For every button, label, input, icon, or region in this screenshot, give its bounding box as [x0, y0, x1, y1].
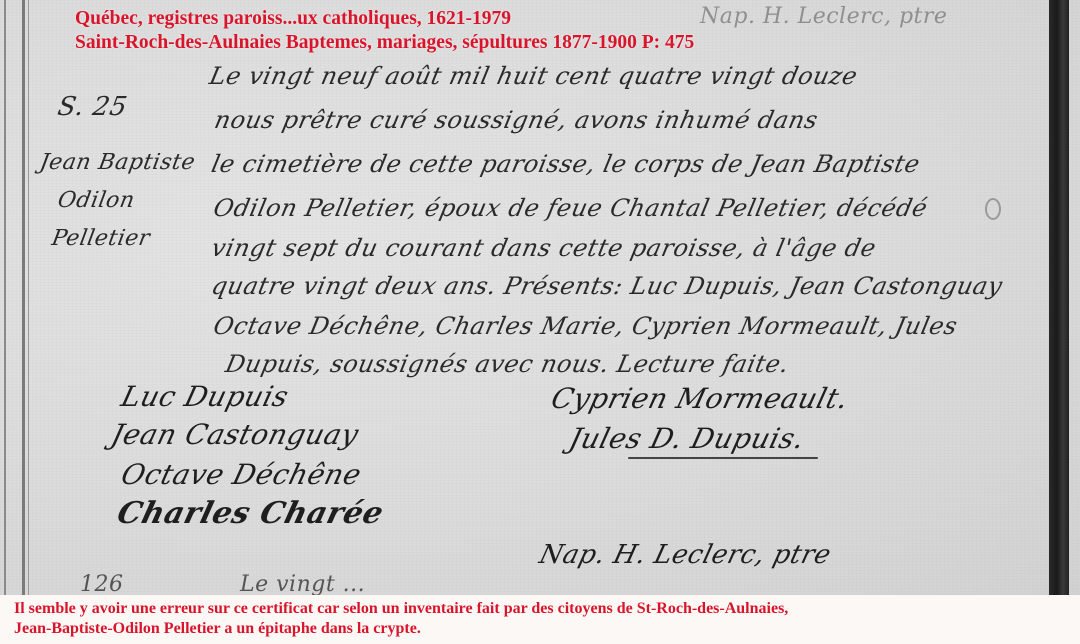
- next-entry-number: 126: [80, 572, 124, 595]
- register-page-scan: Nap. H. Leclerc, ptre S. 25 Jean Baptist…: [0, 0, 1080, 595]
- margin-name-line3: Pelletier: [50, 226, 152, 251]
- signature-witness: Jean Castonguay: [108, 418, 362, 451]
- entry-number: S. 25: [55, 92, 129, 122]
- signature-underline: [628, 457, 818, 459]
- signature-witness: Charles Charée: [114, 496, 388, 531]
- editor-note-line2: Jean-Baptiste-Odilon Pelletier a un épit…: [14, 619, 788, 639]
- signature-priest: Nap. H. Leclerc, ptre: [536, 540, 834, 570]
- record-line: Dupuis, soussignés avec nous. Lecture fa…: [223, 350, 792, 378]
- margin-name-line1: Jean Baptiste: [38, 150, 197, 175]
- record-line: quatre vingt deux ans. Présents: Luc Dup…: [209, 272, 1005, 300]
- margin-rule: [22, 0, 25, 595]
- record-line: Le vingt neuf août mil huit cent quatre …: [207, 62, 860, 90]
- record-line: nous prêtre curé soussigné, avons inhumé…: [212, 106, 821, 134]
- record-line: le cimetière de cette paroisse, le corps…: [209, 150, 923, 178]
- signature-witness: Luc Dupuis: [118, 380, 292, 413]
- signature-witness: Cyprien Mormeault.: [548, 382, 852, 415]
- source-collection-title: Québec, registres paroiss...ux catholiqu…: [75, 7, 694, 31]
- source-register-title: Saint-Roch-des-Aulnaies Baptemes, mariag…: [75, 31, 694, 55]
- margin-rule: [28, 0, 29, 595]
- record-line: vingt sept du courant dans cette paroiss…: [209, 234, 879, 262]
- record-line: Octave Déchêne, Charles Marie, Cyprien M…: [211, 312, 960, 340]
- source-caption: Québec, registres paroiss...ux catholiqu…: [75, 7, 694, 55]
- margin-rule: [4, 0, 6, 595]
- margin-name-line2: Odilon: [56, 188, 137, 213]
- signature-witness: Jules D. Dupuis.: [566, 422, 808, 455]
- previous-entry-signature: Nap. H. Leclerc, ptre: [700, 4, 947, 29]
- signature-witness: Octave Déchêne: [118, 458, 365, 491]
- record-line: Odilon Pelletier, époux de feue Chantal …: [211, 194, 930, 222]
- editor-note-line1: Il semble y avoir une erreur sur ce cert…: [14, 599, 788, 619]
- editor-note: Il semble y avoir une erreur sur ce cert…: [14, 599, 788, 639]
- next-entry-text: Le vingt ...: [240, 572, 365, 595]
- book-binding-edge: [1049, 0, 1069, 595]
- circle-annotation-mark: [985, 198, 1001, 220]
